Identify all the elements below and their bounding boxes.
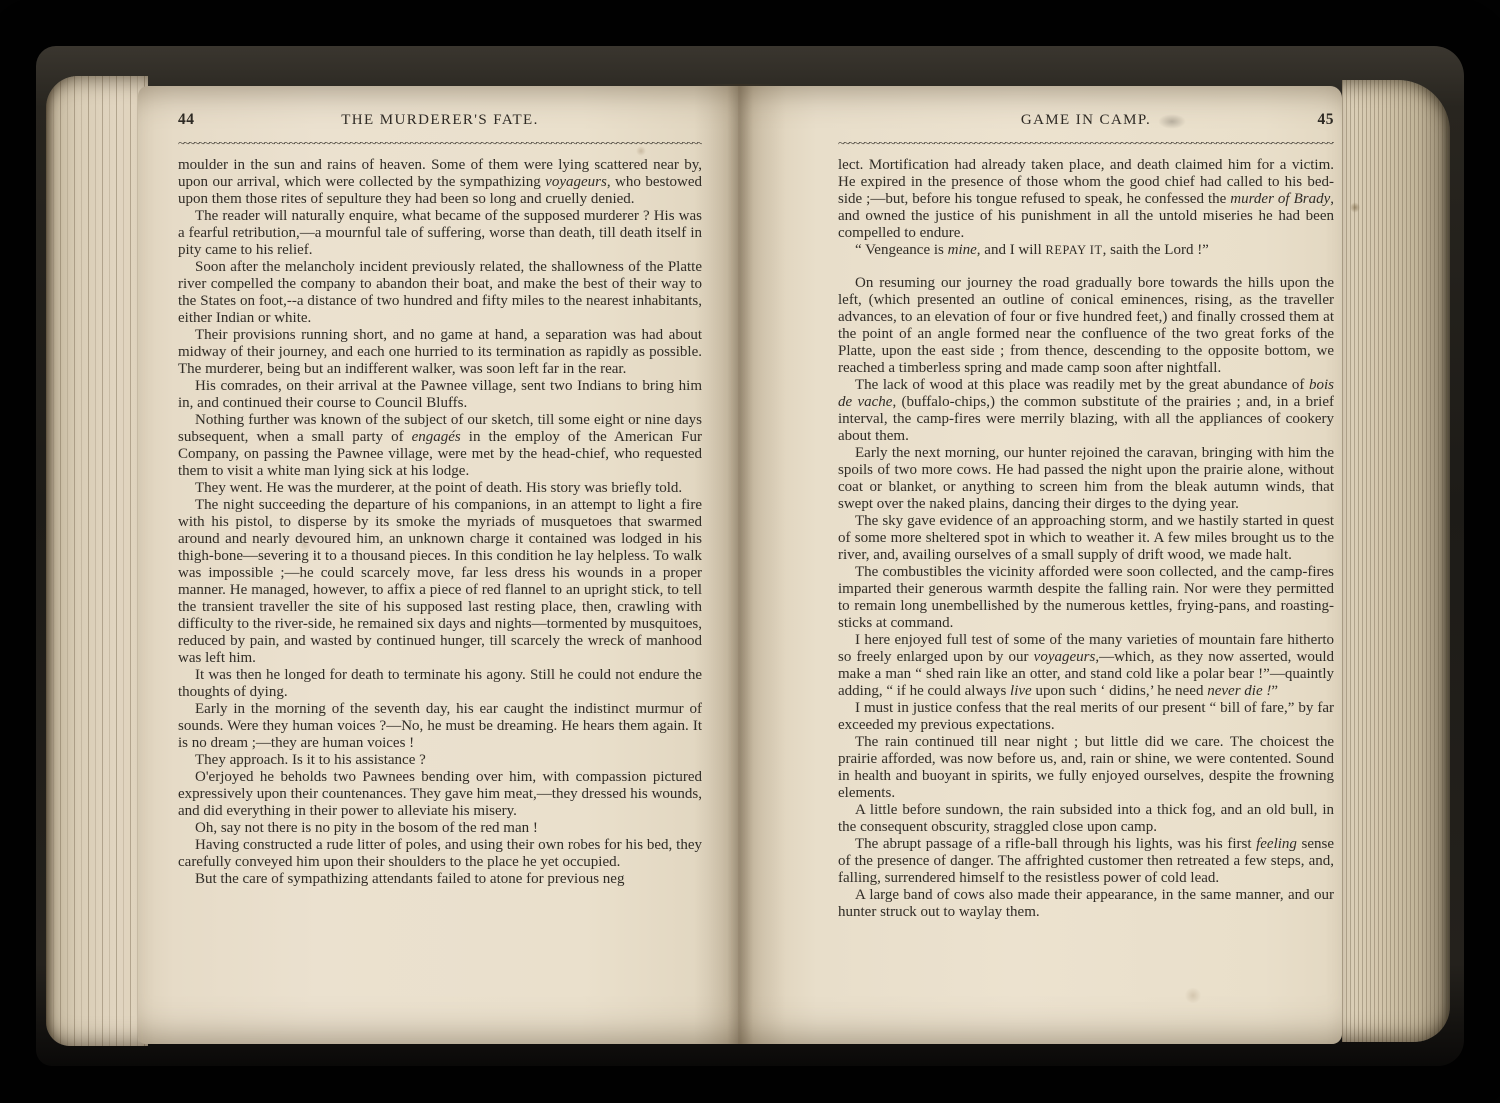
left-page-content: 44 THE MURDERER'S FATE. moulder in the s… bbox=[178, 112, 702, 888]
book: 44 THE MURDERER'S FATE. moulder in the s… bbox=[36, 46, 1464, 1066]
right-page-header: GAME IN CAMP. 45 bbox=[838, 112, 1334, 136]
paragraph: The sky gave evidence of an approaching … bbox=[838, 513, 1334, 564]
paragraph: On resuming our journey the road gradual… bbox=[838, 275, 1334, 377]
paragraph: O'erjoyed he beholds two Pawnees bending… bbox=[178, 769, 702, 820]
left-page-number: 44 bbox=[178, 111, 195, 129]
right-page-text: lect. Mortification had already taken pl… bbox=[838, 157, 1334, 921]
paragraph: The rain continued till near night ; but… bbox=[838, 734, 1334, 802]
paragraph: They went. He was the murderer, at the p… bbox=[178, 480, 702, 497]
paragraph: Oh, say not there is no pity in the boso… bbox=[178, 820, 702, 837]
paragraph: lect. Mortification had already taken pl… bbox=[838, 157, 1334, 242]
paragraph: Their provisions running short, and no g… bbox=[178, 327, 702, 378]
paragraph: But the care of sympathizing attendants … bbox=[178, 871, 702, 888]
paragraph: moulder in the sun and rains of heaven. … bbox=[178, 157, 702, 208]
paragraph: The reader will naturally enquire, what … bbox=[178, 208, 702, 259]
right-running-head: GAME IN CAMP. bbox=[838, 112, 1334, 129]
wavy-rule bbox=[178, 139, 702, 148]
right-page-number: 45 bbox=[1318, 111, 1335, 129]
paragraph: The combustibles the vicinity afforded w… bbox=[838, 564, 1334, 632]
right-fore-edge bbox=[1342, 80, 1450, 1042]
left-running-head: THE MURDERER'S FATE. bbox=[178, 112, 702, 129]
paragraph: Nothing further was known of the subject… bbox=[178, 412, 702, 480]
paragraph: Having constructed a rude litter of pole… bbox=[178, 837, 702, 871]
paragraph: I must in justice confess that the real … bbox=[838, 700, 1334, 734]
right-page: GAME IN CAMP. 45 lect. Mortification had… bbox=[738, 86, 1342, 1044]
left-page-header: 44 THE MURDERER'S FATE. bbox=[178, 112, 702, 136]
paragraph: “ Vengeance is mine, and I will REPAY IT… bbox=[838, 242, 1334, 259]
paragraph: The night succeeding the departure of hi… bbox=[178, 497, 702, 667]
paragraph: It was then he longed for death to termi… bbox=[178, 667, 702, 701]
paragraph: Early the next morning, our hunter rejoi… bbox=[838, 445, 1334, 513]
right-page-content: GAME IN CAMP. 45 lect. Mortification had… bbox=[838, 112, 1334, 921]
paragraph: A large band of cows also made their app… bbox=[838, 887, 1334, 921]
paragraph: They approach. Is it to his assistance ? bbox=[178, 752, 702, 769]
foxing-stain bbox=[1184, 988, 1202, 1003]
left-page-edges bbox=[46, 76, 148, 1046]
paragraph: The lack of wood at this place was readi… bbox=[838, 377, 1334, 445]
paragraph: Early in the morning of the seventh day,… bbox=[178, 701, 702, 752]
left-page: 44 THE MURDERER'S FATE. moulder in the s… bbox=[138, 86, 738, 1044]
wavy-rule bbox=[838, 139, 1334, 148]
paragraph: I here enjoyed full test of some of the … bbox=[838, 632, 1334, 700]
paragraph: The abrupt passage of a rifle-ball throu… bbox=[838, 836, 1334, 887]
paragraph: A little before sundown, the rain subsid… bbox=[838, 802, 1334, 836]
left-page-text: moulder in the sun and rains of heaven. … bbox=[178, 157, 702, 888]
paragraph: Soon after the melancholy incident previ… bbox=[178, 259, 702, 327]
paragraph: His comrades, on their arrival at the Pa… bbox=[178, 378, 702, 412]
